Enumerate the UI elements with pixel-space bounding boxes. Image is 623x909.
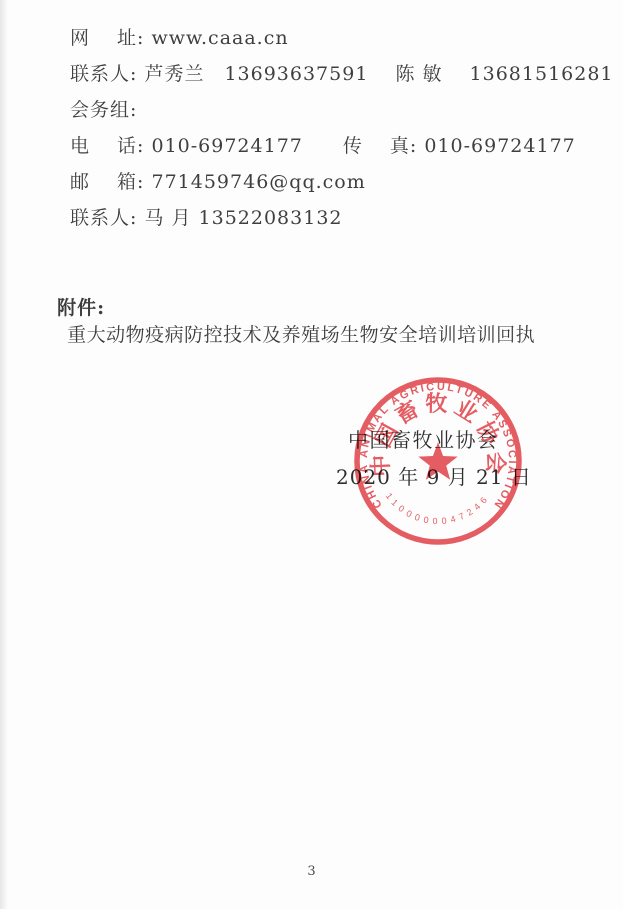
contact-line: 电 话: 010-69724177 传 真: 010-69724177 xyxy=(70,135,576,157)
seal-code: 1100000047246 xyxy=(384,491,492,526)
contact-line: 网 址: www.caaa.cn xyxy=(70,27,289,49)
document-page: 网 址: www.caaa.cn 联系人: 芦秀兰 13693637591 陈 … xyxy=(0,0,623,909)
attachment-text: 重大动物疫病防控技术及养殖场生物安全培训培训回执 xyxy=(67,324,535,346)
seal-star-icon xyxy=(418,442,457,479)
scan-edge-shadow xyxy=(0,0,8,909)
attachment-line: 附件: 重大动物疫病防控技术及养殖场生物安全培训培训回执 xyxy=(31,271,535,369)
contact-line: 会务组: xyxy=(70,99,137,121)
contact-line: 联系人: 芦秀兰 13693637591 陈 敏 13681516281 xyxy=(70,63,614,85)
page-number: 3 xyxy=(0,864,623,879)
contact-line: 邮 箱: 771459746@qq.com xyxy=(70,171,366,193)
official-seal: CHINA ANIMAL AGRICULTURE ASSOCIATION 中国畜… xyxy=(347,370,529,552)
attachment-label: 附件: xyxy=(57,297,105,319)
contact-line: 联系人: 马 月 13522083132 xyxy=(70,207,343,229)
